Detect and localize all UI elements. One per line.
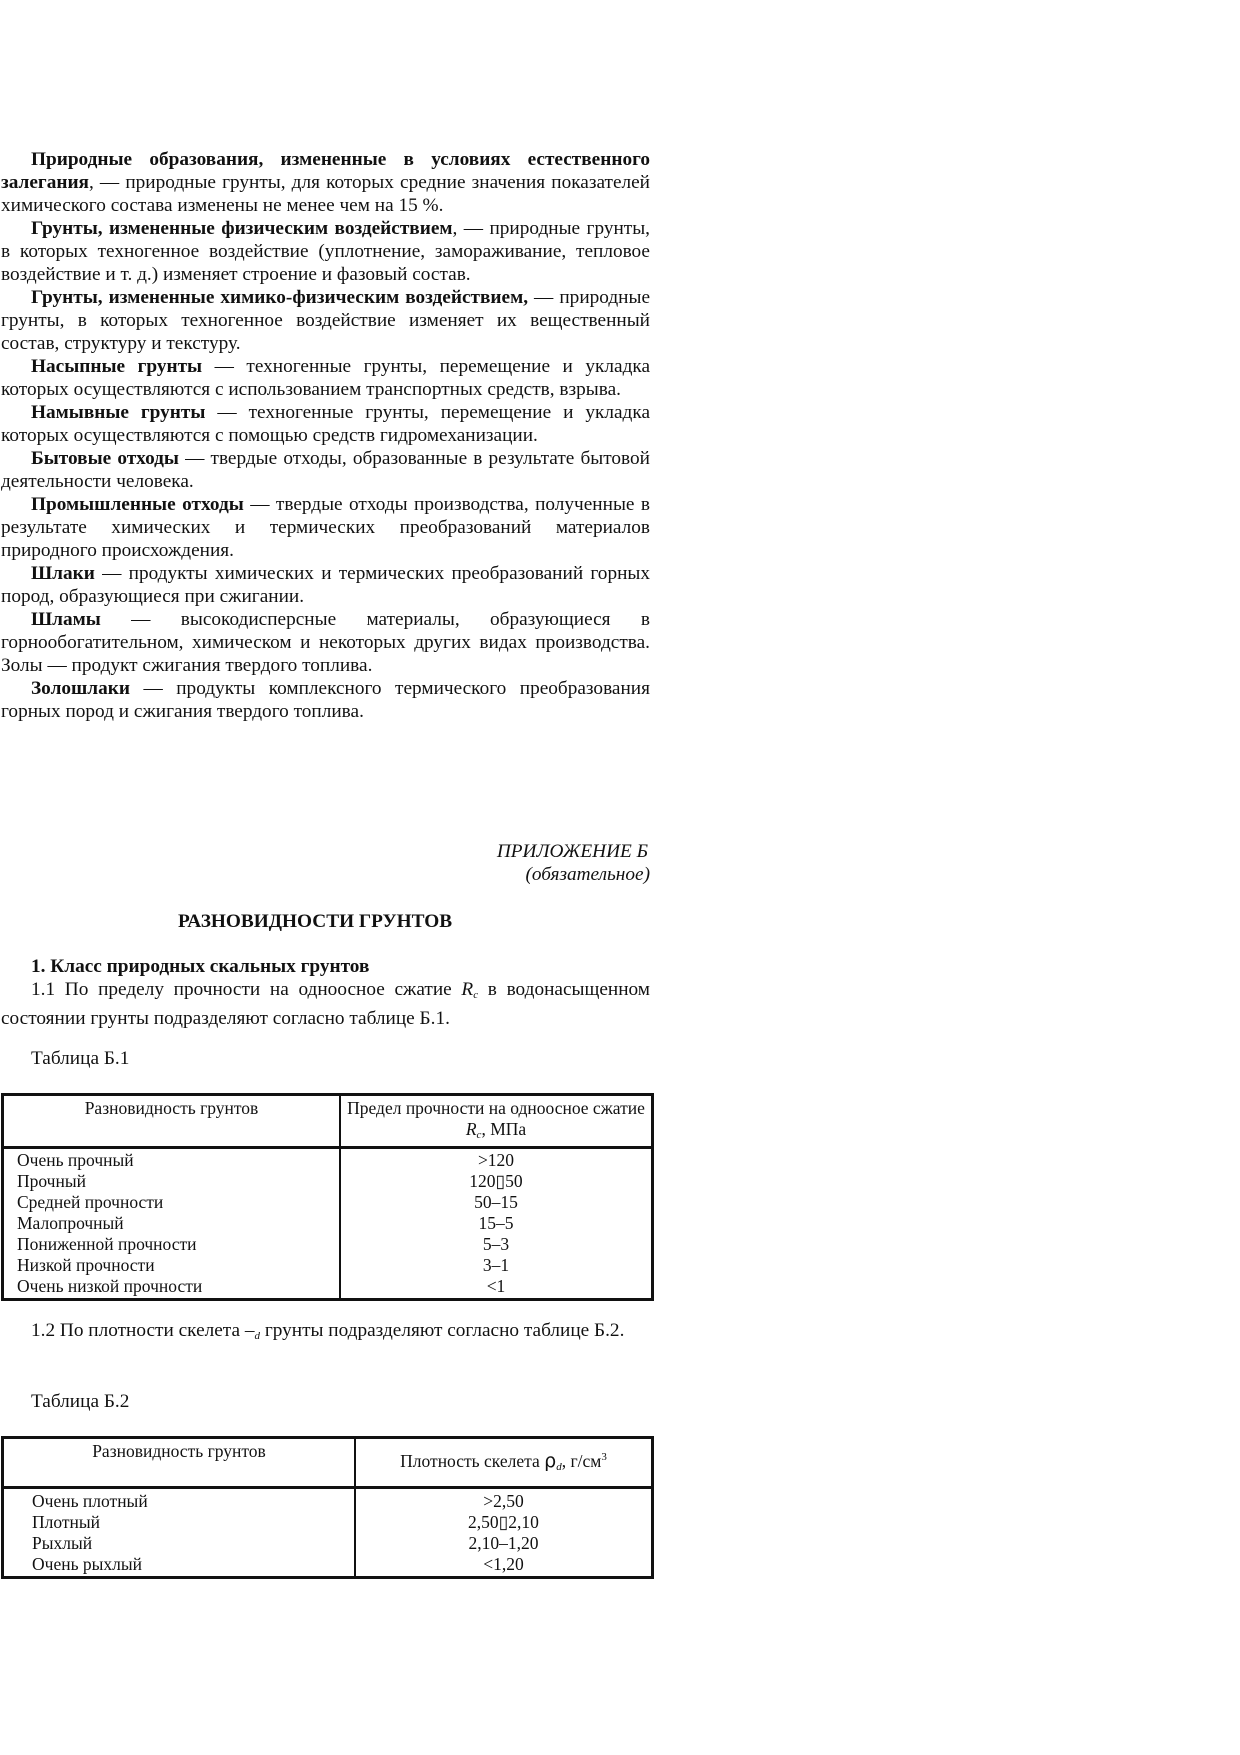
definition-term: Шлаки: [31, 563, 95, 584]
table-row: Очень низкой прочности<1: [3, 1276, 653, 1300]
definition-term: Грунты, измененные химико-физическим воз…: [31, 287, 528, 308]
table2-caption: Таблица Б.2: [31, 1390, 129, 1413]
symbol-letter: R: [461, 979, 473, 1000]
table2-body: Очень плотный>2,50 Плотный2,50▯2,10 Рыхл…: [3, 1488, 653, 1578]
definition-term: Промышленные отходы: [31, 494, 244, 515]
table-row: Малопрочный15–5: [3, 1213, 653, 1234]
cell-value: 5–3: [340, 1234, 653, 1255]
cell-value: 120▯50: [340, 1171, 653, 1192]
cell-variety: Рыхлый: [3, 1533, 356, 1554]
definition-paragraph: Промышленные отходы — твердые отходы про…: [1, 493, 650, 562]
definition-paragraph: Намывные грунты — техногенные грунты, пе…: [1, 401, 650, 447]
symbol-letter: R: [466, 1119, 477, 1139]
appendix-subtitle: (обязательное): [497, 863, 650, 886]
cell-value: <1,20: [355, 1554, 653, 1578]
paragraph-text: 1.2 По плотности скелета: [31, 1320, 245, 1341]
table2-header-density: Плотность скелета ρd, г/см3: [355, 1438, 653, 1488]
cell-value: 3–1: [340, 1255, 653, 1276]
appendix-title: ПРИЛОЖЕНИЕ Б: [497, 840, 650, 863]
cell-value: 2,10–1,20: [355, 1533, 653, 1554]
definition-text: , — природные грунты, для которых средни…: [1, 172, 650, 216]
definition-paragraph: Бытовые отходы — твердые отходы, образов…: [1, 447, 650, 493]
symbol-rho-d: –: [245, 1320, 255, 1341]
definitions-section: Природные образования, измененные в усло…: [1, 148, 650, 723]
definition-text: — продукты химических и термических прео…: [1, 563, 650, 607]
paragraph-text: 1.1 По пределу прочности на одноосное сж…: [31, 979, 461, 1000]
definition-term: Золошлаки: [31, 678, 130, 699]
table1-header-strength: Предел прочности на одноосное сжатие Rc,…: [340, 1095, 653, 1148]
paragraph-1-2: 1.2 По плотности скелета –d грунты подра…: [1, 1319, 650, 1348]
definition-term: Шламы: [31, 609, 101, 630]
table-row: Рыхлый2,10–1,20: [3, 1533, 653, 1554]
header-unit: , г/см: [562, 1451, 602, 1471]
cell-value: 50–15: [340, 1192, 653, 1213]
cell-value: 2,50▯2,10: [355, 1512, 653, 1533]
symbol-rc: Rc: [461, 979, 478, 1000]
cell-variety: Очень низкой прочности: [3, 1276, 341, 1300]
table-row: Пониженной прочности5–3: [3, 1234, 653, 1255]
table-row: Очень рыхлый<1,20: [3, 1554, 653, 1578]
cell-variety: Плотный: [3, 1512, 356, 1533]
paragraph-1-2-section: 1.2 По плотности скелета –d грунты подра…: [1, 1319, 650, 1348]
class1-heading: 1. Класс природных скальных грунтов: [1, 955, 650, 978]
header-text: Плотность скелета: [400, 1451, 544, 1471]
cell-variety: Очень рыхлый: [3, 1554, 356, 1578]
paragraph-text: грунты подразделяют согласно таблице Б.2…: [260, 1320, 624, 1341]
table2-header-variety: Разновидность грунтов: [3, 1438, 356, 1488]
class1-section: 1. Класс природных скальных грунтов 1.1 …: [1, 955, 650, 1030]
cell-variety: Низкой прочности: [3, 1255, 341, 1276]
table-row: Очень плотный>2,50: [3, 1488, 653, 1513]
rho-symbol: ρ: [544, 1450, 556, 1472]
header-text: Предел прочности на одноосное сжатие: [341, 1098, 651, 1119]
definition-term: Грунты, измененные физическим воздействи…: [31, 218, 453, 239]
definition-paragraph: Природные образования, измененные в усло…: [1, 148, 650, 217]
table-row: Средней прочности50–15: [3, 1192, 653, 1213]
header-unit-line: Rc, МПа: [341, 1119, 651, 1146]
unit-superscript: 3: [601, 1451, 607, 1463]
definition-paragraph: Грунты, измененные химико-физическим воз…: [1, 286, 650, 355]
table-row: Очень прочный>120: [3, 1148, 653, 1172]
table-row: Прочный120▯50: [3, 1171, 653, 1192]
header-unit: , МПа: [481, 1119, 526, 1139]
cell-variety: Средней прочности: [3, 1192, 341, 1213]
definition-paragraph: Шламы — высокодисперсные материалы, обра…: [1, 608, 650, 677]
table-row: Низкой прочности3–1: [3, 1255, 653, 1276]
table-b1: Разновидность грунтов Предел прочности н…: [1, 1093, 654, 1301]
definition-paragraph: Грунты, измененные физическим воздействи…: [1, 217, 650, 286]
cell-variety: Очень прочный: [3, 1148, 341, 1172]
section-title: РАЗНОВИДНОСТИ ГРУНТОВ: [178, 910, 452, 933]
definition-paragraph: Шлаки — продукты химических и термически…: [1, 562, 650, 608]
cell-variety: Пониженной прочности: [3, 1234, 341, 1255]
appendix-header: ПРИЛОЖЕНИЕ Б (обязательное): [497, 840, 650, 886]
document-page: Природные образования, измененные в усло…: [0, 0, 1240, 1755]
cell-variety: Прочный: [3, 1171, 341, 1192]
cell-variety: Очень плотный: [3, 1488, 356, 1513]
table1-caption: Таблица Б.1: [31, 1047, 129, 1070]
cell-value: 15–5: [340, 1213, 653, 1234]
paragraph-1-1: 1.1 По пределу прочности на одноосное сж…: [1, 978, 650, 1030]
cell-variety: Малопрочный: [3, 1213, 341, 1234]
cell-value: <1: [340, 1276, 653, 1300]
table-b2: Разновидность грунтов Плотность скелета …: [1, 1436, 654, 1579]
definition-term: Бытовые отходы: [31, 448, 179, 469]
cell-value: >120: [340, 1148, 653, 1172]
definition-term: Насыпные грунты: [31, 356, 202, 377]
table-row: Плотный2,50▯2,10: [3, 1512, 653, 1533]
cell-value: >2,50: [355, 1488, 653, 1513]
table1-header-variety: Разновидность грунтов: [3, 1095, 341, 1148]
definition-term: Намывные грунты: [31, 402, 205, 423]
definition-paragraph: Насыпные грунты — техногенные грунты, пе…: [1, 355, 650, 401]
definition-paragraph: Золошлаки — продукты комплексного термич…: [1, 677, 650, 723]
table1-body: Очень прочный>120 Прочный120▯50 Средней …: [3, 1148, 653, 1300]
